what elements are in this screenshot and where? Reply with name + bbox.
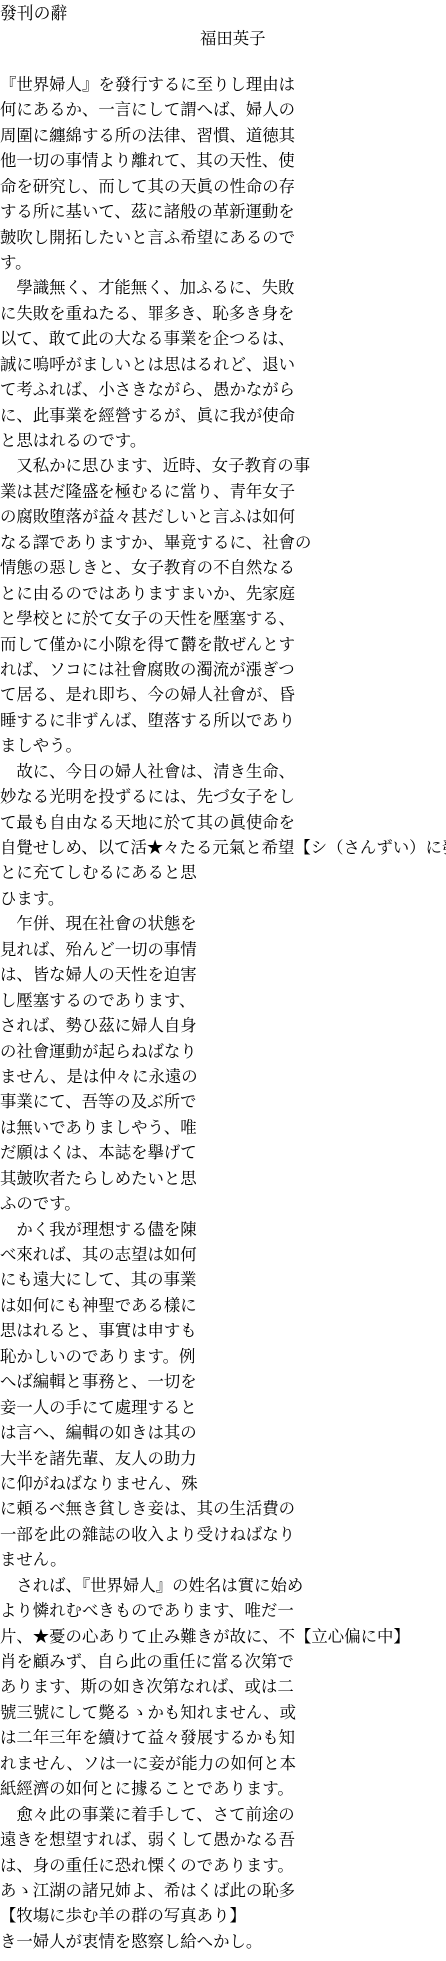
text-line: に失敗を重ねたる、罪多き、恥多き身を (0, 301, 446, 326)
text-line: だ願はくは、本誌を擧げて (0, 1140, 446, 1165)
text-line: 事業にて、吾等の及ぶ所で (0, 1089, 446, 1114)
text-line: に、此事業を經營するが、眞に我が使命 (0, 403, 446, 428)
text-line: 遠きを想望すれば、弱くして愚かなる吾 (0, 1827, 446, 1852)
text-line: より憐れむべきものであります、唯だ一 (0, 1598, 446, 1623)
text-line: ません、是は仲々に永遠の (0, 1064, 446, 1089)
document-page: 發刊の辭 福田英子 『世界婦人』を發行するに至りし理由は何にあるか、一言にして謂… (0, 0, 446, 1961)
text-line: 思はれると、事實は申すも (0, 1318, 446, 1343)
text-line: て考ふれば、小さきながら、愚かながら (0, 377, 446, 402)
body-text: 『世界婦人』を發行するに至りし理由は何にあるか、一言にして謂へば、婦人の周圍に纏… (0, 72, 446, 1954)
author-name: 福田英子 (0, 26, 446, 51)
text-line: 片、★憂の心ありて止み難きが故に、不【立心偏に中】 (0, 1624, 446, 1649)
text-line: 一部を此の雜誌の收入より受けねばなり (0, 1522, 446, 1547)
text-line: されば、勢ひ茲に婦人自身 (0, 1013, 446, 1038)
text-line: 業は甚だ隆盛を極むるに當り、青年女子 (0, 479, 446, 504)
text-line: れません、ソは一に妾が能力の如何と本 (0, 1751, 446, 1776)
text-line: に仰がねばなりません、殊 (0, 1471, 446, 1496)
text-line: 妾一人の手にて處理すると (0, 1395, 446, 1420)
text-line: す。 (0, 250, 446, 275)
text-line: べ來れば、其の志望は如何 (0, 1242, 446, 1267)
text-line: 而して僅かに小隙を得て欝を散ぜんとす (0, 632, 446, 657)
text-line: 皷吹し開拓したいと言ふ希望にあるので (0, 225, 446, 250)
text-line: と學校とに於て女子の天性を壓塞する、 (0, 606, 446, 631)
text-line: ふのです。 (0, 1191, 446, 1216)
text-line: 周圍に纏綿する所の法律、習慣、道徳其 (0, 123, 446, 148)
text-line: 故に、今日の婦人社會は、清き生命、 (0, 759, 446, 784)
text-line: 肖を顧みず、自ら此の重任に當る次第で (0, 1649, 446, 1674)
text-line: の腐敗堕落が益々甚だしいと言ふは如何 (0, 504, 446, 529)
text-line: 又私かに思ひます、近時、女子教育の事 (0, 453, 446, 478)
text-line: 見れば、殆んど一切の事情 (0, 937, 446, 962)
text-line: 他一切の事情より離れて、其の天性、使 (0, 148, 446, 173)
text-line: の社會運動が起らねばなり (0, 1039, 446, 1064)
text-line: と思はれるのです。 (0, 428, 446, 453)
text-line: て居る、是れ即ち、今の婦人社會が、昏 (0, 682, 446, 707)
text-line: かく我が理想する儘を陳 (0, 1217, 446, 1242)
text-line: ましやう。 (0, 733, 446, 758)
text-line: とに充てしむるにあると思 (0, 860, 446, 885)
text-line: 妙なる光明を投ずるには、先づ女子をし (0, 784, 446, 809)
text-line: あります、斯の如き次第なれば、或は二 (0, 1674, 446, 1699)
text-line: 情態の惡しきと、女子教育の不自然なる (0, 555, 446, 580)
text-line: し壓塞するのであります、 (0, 988, 446, 1013)
text-line: ません。 (0, 1547, 446, 1572)
text-line: に頼るべ無き貧しき妾は、其の生活費の (0, 1496, 446, 1521)
text-line: 恥かしいのであります。例 (0, 1344, 446, 1369)
text-line: 以て、敢て此の大なる事業を企つるは、 (0, 326, 446, 351)
text-line: 自覺せしめ、以て活★々たる元氣と希望【シ（さんずい）に發】 (0, 835, 446, 860)
text-line: は如何にも神聖である樣に (0, 1293, 446, 1318)
text-line: ひます。 (0, 886, 446, 911)
text-line: 【牧塲に歩む羊の群の写真あり】 (0, 1903, 446, 1928)
text-line: 號三號にして斃るゝかも知れません、或 (0, 1700, 446, 1725)
text-line: あゝ江湖の諸兄姉よ、希はくば此の恥多 (0, 1878, 446, 1903)
blank-line (0, 52, 446, 72)
text-line: 誠に嗚呼がましいとは思はるれど、退い (0, 352, 446, 377)
text-line: 其皷吹者たらしめたいと思 (0, 1166, 446, 1191)
text-line: とに由るのではありますまいか、先家庭 (0, 581, 446, 606)
document-title: 發刊の辭 (0, 1, 446, 26)
text-line: て最も自由なる天地に於て其の眞使命を (0, 810, 446, 835)
text-line: 乍併、現在社會の状態を (0, 911, 446, 936)
text-line: れば、ソコには社會腐敗の濁流が漲ぎつ (0, 657, 446, 682)
text-line: は二年三年を續けて益々發展するかも知 (0, 1725, 446, 1750)
text-line: する所に基いて、茲に諸般の革新運動を (0, 199, 446, 224)
text-line: 『世界婦人』を發行するに至りし理由は (0, 72, 446, 97)
text-line: にも遠大にして、其の事業 (0, 1267, 446, 1292)
text-line: は、皆な婦人の天性を迫害 (0, 962, 446, 987)
text-line: へば編輯と事務と、一切を (0, 1369, 446, 1394)
text-line: 學識無く、才能無く、加ふるに、失敗 (0, 275, 446, 300)
text-line: されば、『世界婦人』の姓名は實に始め (0, 1573, 446, 1598)
text-line: なる譯でありますか、畢竟するに、社會の (0, 530, 446, 555)
text-line: 紙經濟の如何とに據ることであります。 (0, 1776, 446, 1801)
text-line: 何にあるか、一言にして謂へば、婦人の (0, 97, 446, 122)
text-line: は言へ、編輯の如きは其の (0, 1420, 446, 1445)
text-line: 大半を諸先輩、友人の助力 (0, 1446, 446, 1471)
text-line: 命を研究し、而して其の天眞の性命の存 (0, 174, 446, 199)
text-line: は、身の重任に恐れ慄くのであります。 (0, 1853, 446, 1878)
text-line: 愈々此の事業に着手して、さて前途の (0, 1802, 446, 1827)
text-line: き一婦人が衷情を愍察し給へかし。 (0, 1929, 446, 1954)
text-line: は無いでありましやう、唯 (0, 1115, 446, 1140)
text-line: 睡するに非ずんば、堕落する所以であり (0, 708, 446, 733)
